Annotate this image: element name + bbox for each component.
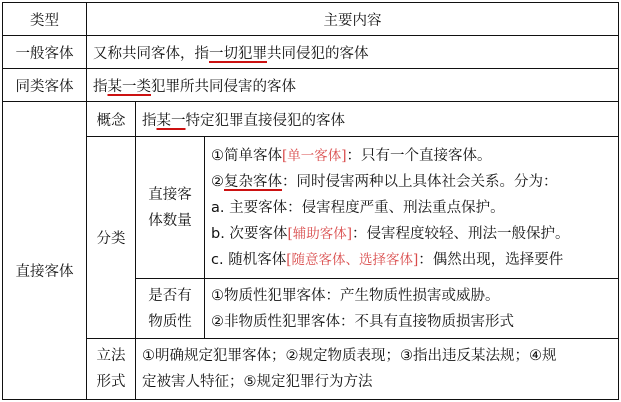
random-object-item: c. 随机客体[随意客体、选择客体]：偶然出现，选择要件	[211, 247, 618, 273]
direct-object-label: 直接客体	[3, 102, 87, 400]
secondary-object-item: b. 次要客体[辅助客体]：侵害程度较轻、刑法一般保护。	[211, 221, 618, 247]
text: 指	[93, 79, 108, 95]
simple-object-item: ①简单客体[单一客体]：只有一个直接客体。	[211, 143, 618, 169]
row-legislation: 立法 形式 ①明确规定犯罪客体；②规定物质表现；③指出违反某法规；④规 定被害人…	[3, 339, 619, 400]
red-annotation: [单一客体]	[282, 148, 347, 164]
text: ：只有一个直接客体。	[347, 148, 492, 164]
text: 犯罪所共同侵害的客体	[151, 79, 296, 95]
concept-content: 指某一特定犯罪直接侵犯的客体	[136, 102, 619, 137]
complex-object-item: ②复杂客体：同时侵害两种以上具体社会关系。分为：	[211, 169, 618, 195]
underlined-text: 复杂客体	[224, 174, 282, 190]
text: 特定犯罪直接侵犯的客体	[186, 113, 346, 129]
legislation-line: 定被害人特征；⑤规定犯罪行为方法	[142, 369, 618, 395]
non-material-object-item: ②非物质性犯罪客体：不具有直接物质损害形式	[211, 309, 618, 335]
general-object-content: 又称共同客体，指一切犯罪共同侵犯的客体	[87, 36, 619, 69]
text: 又称共同客体，指	[93, 46, 209, 62]
row-quantity: 分类 直接客 体数量 ①简单客体[单一客体]：只有一个直接客体。 ②复杂客体：同…	[3, 137, 619, 279]
crime-object-table: 类型 主要内容 一般客体 又称共同客体，指一切犯罪共同侵犯的客体 同类客体 指某…	[2, 2, 619, 400]
classification-label: 分类	[87, 137, 136, 339]
same-kind-object-label: 同类客体	[3, 69, 87, 102]
legislation-line: ①明确规定犯罪客体；②规定物质表现；③指出违反某法规；④规	[142, 343, 618, 369]
text: ：同时侵害两种以上具体社会关系。分为：	[282, 174, 558, 190]
red-annotation: [辅助客体]	[287, 226, 352, 242]
legislation-label: 立法 形式	[87, 339, 136, 400]
quantity-content: ①简单客体[单一客体]：只有一个直接客体。 ②复杂客体：同时侵害两种以上具体社会…	[205, 137, 619, 279]
text: 指	[142, 113, 157, 129]
label-line: 直接客	[136, 182, 204, 208]
materiality-content: ①物质性犯罪客体：产生物质性损害或威胁。 ②非物质性犯罪客体：不具有直接物质损害…	[205, 279, 619, 339]
row-general-object: 一般客体 又称共同客体，指一切犯罪共同侵犯的客体	[3, 36, 619, 69]
row-same-kind-object: 同类客体 指某一类犯罪所共同侵害的客体	[3, 69, 619, 102]
underlined-text: 一切犯罪	[209, 46, 267, 62]
quantity-label: 直接客 体数量	[136, 137, 205, 279]
label-line: 物质性	[136, 309, 204, 335]
label-line: 体数量	[136, 208, 204, 234]
header-row: 类型 主要内容	[3, 3, 619, 36]
material-object-item: ①物质性犯罪客体：产生物质性损害或威胁。	[211, 283, 618, 309]
text: 共同侵犯的客体	[267, 46, 369, 62]
label-line: 立法	[87, 343, 135, 369]
underlined-text: 某一	[157, 113, 186, 129]
text: ②	[211, 174, 224, 190]
legislation-content: ①明确规定犯罪客体；②规定物质表现；③指出违反某法规；④规 定被害人特征；⑤规定…	[136, 339, 619, 400]
text: b. 次要客体	[211, 226, 287, 242]
main-object-item: a. 主要客体：侵害程度严重、刑法重点保护。	[211, 195, 618, 221]
same-kind-object-content: 指某一类犯罪所共同侵害的客体	[87, 69, 619, 102]
text: c. 随机客体	[211, 252, 286, 268]
label-line: 是否有	[136, 283, 204, 309]
row-direct-concept: 直接客体 概念 指某一特定犯罪直接侵犯的客体	[3, 102, 619, 137]
concept-label: 概念	[87, 102, 136, 137]
materiality-label: 是否有 物质性	[136, 279, 205, 339]
text: ：侵害程度较轻、刑法一般保护。	[352, 226, 570, 242]
text: ：偶然出现，选择要件	[418, 252, 563, 268]
underlined-text: 某一类	[108, 79, 152, 95]
label-line: 形式	[87, 369, 135, 395]
general-object-label: 一般客体	[3, 36, 87, 69]
text: ①简单客体	[211, 148, 282, 164]
header-type: 类型	[3, 3, 87, 36]
red-annotation: [随意客体、选择客体]	[286, 252, 418, 268]
header-content: 主要内容	[87, 3, 619, 36]
